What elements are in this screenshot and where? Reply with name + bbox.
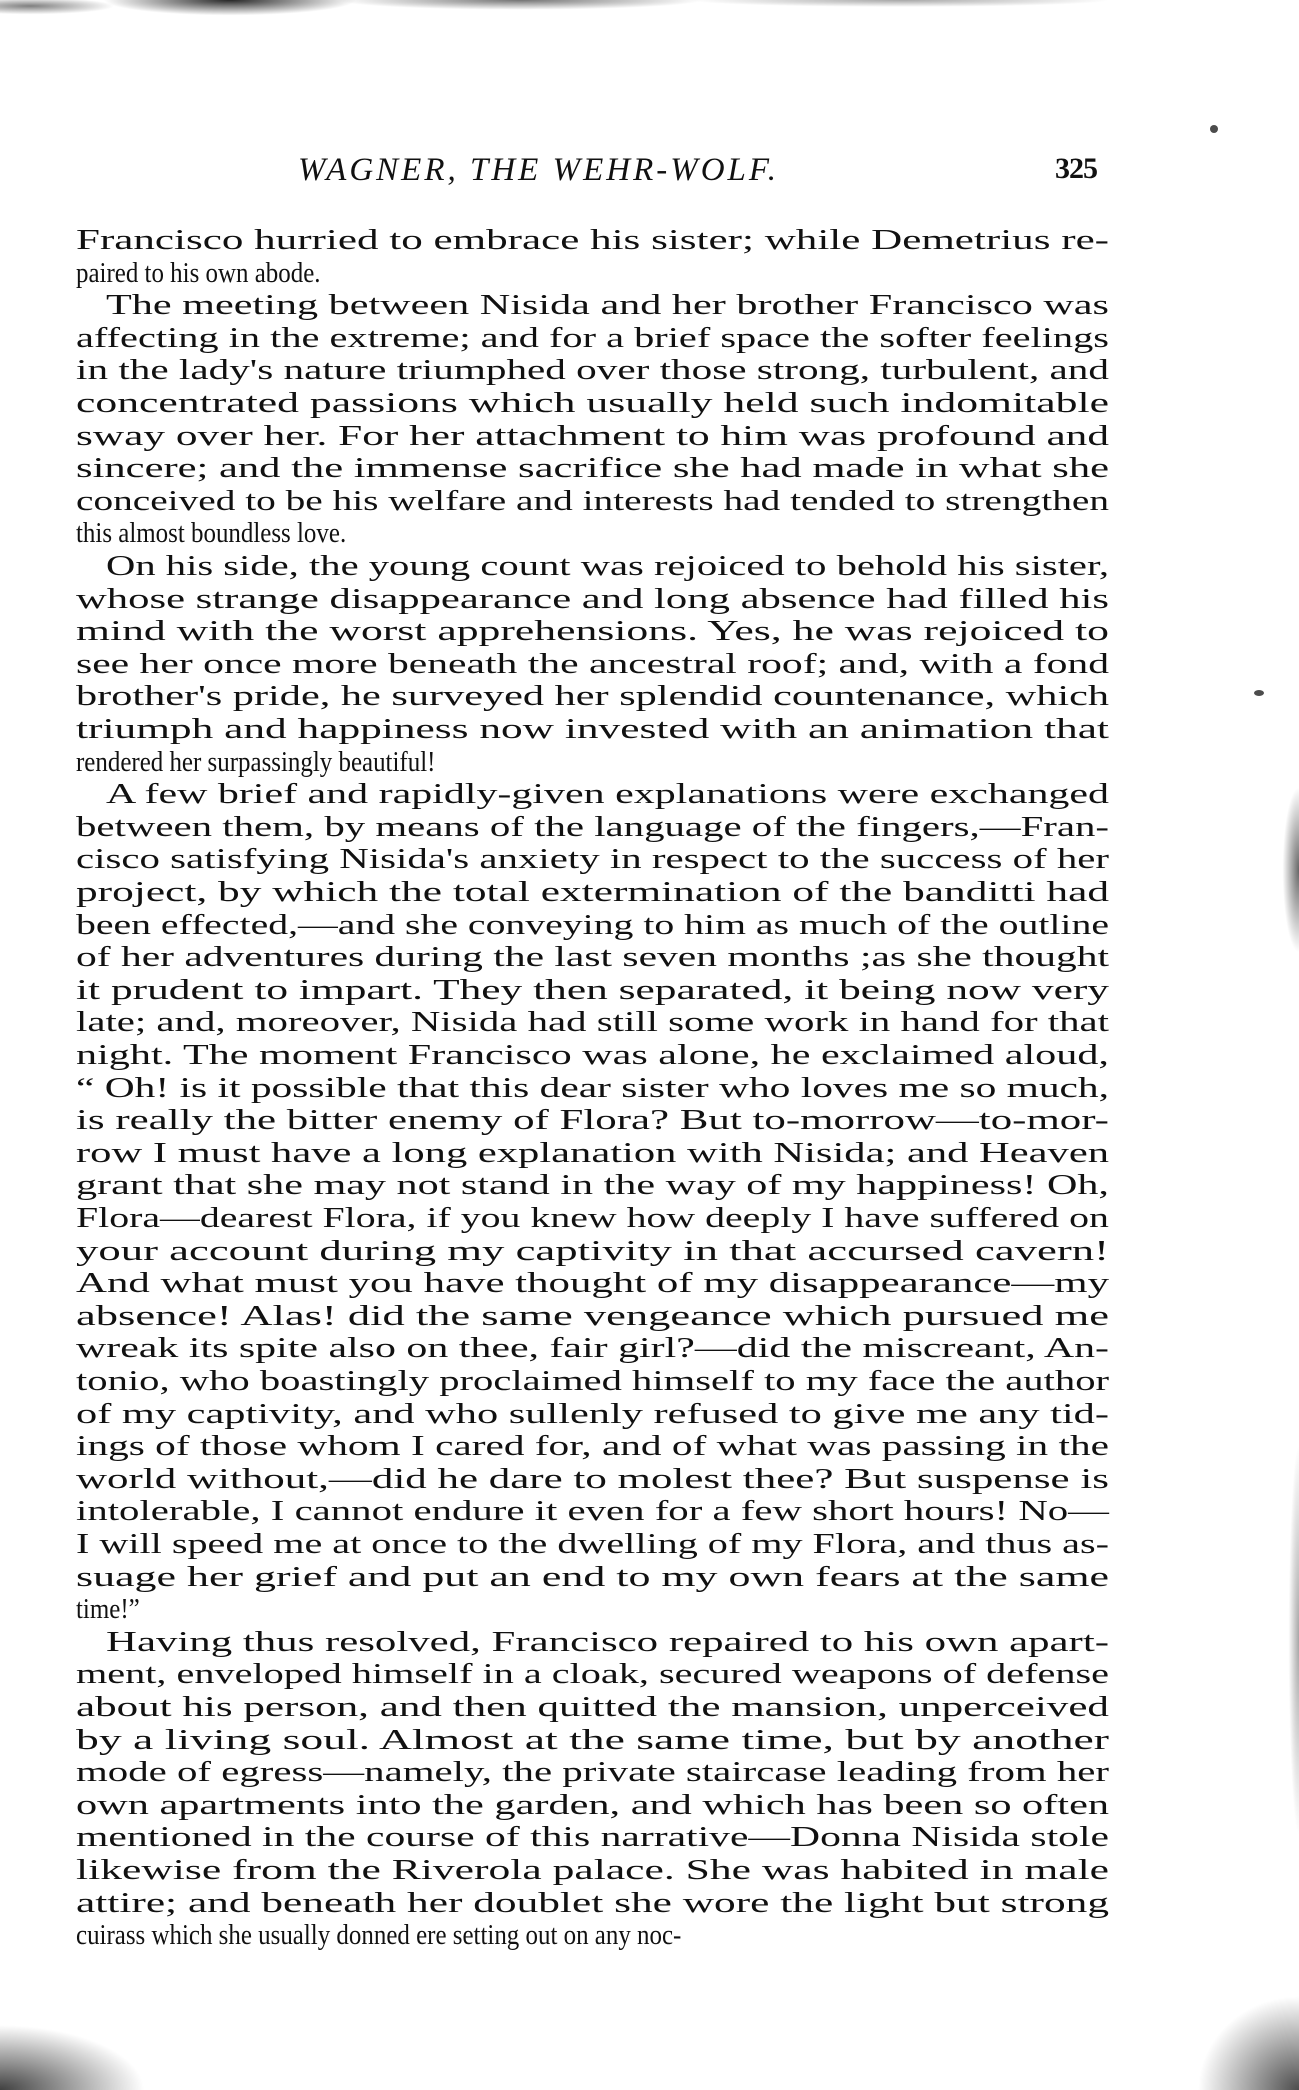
text-line: ings of those whom I cared for, and of w…: [76, 1430, 1109, 1462]
text-line: time!”: [76, 1593, 1109, 1625]
text-line: late; and, moreover, Nisida had still so…: [76, 1006, 1109, 1038]
text-line: intolerable, I cannot endure it even for…: [76, 1495, 1109, 1527]
text-line: your account during my captivity in that…: [76, 1235, 1109, 1267]
text-line: rendered her surpassingly beautiful!: [76, 746, 1109, 778]
text-line-content: project, by which the total exterminatio…: [76, 876, 1109, 908]
scan-noise-right-edge-lower: [1275, 1380, 1299, 1900]
text-line: of my captivity, and who sullenly refuse…: [76, 1398, 1109, 1430]
text-line-content: suage her grief and put an end to my own…: [76, 1561, 1109, 1593]
text-line-content: world without,—did he dare to molest the…: [76, 1463, 1109, 1495]
text-line-content: see her once more beneath the ancestral …: [76, 648, 1109, 680]
text-line: sway over her. For her attachment to him…: [76, 420, 1109, 452]
text-line: between them, by means of the language o…: [76, 811, 1109, 843]
text-line: suage her grief and put an end to my own…: [76, 1561, 1109, 1593]
text-line-content: rendered her surpassingly beautiful!: [76, 746, 435, 778]
text-line: by a living soul. Almost at the same tim…: [76, 1724, 1109, 1756]
text-line-content: your account during my captivity in that…: [76, 1235, 1109, 1267]
running-head: WAGNER, THE WEHR-WOLF. 325: [0, 152, 1299, 192]
text-line-content: likewise from the Riverola palace. She w…: [76, 1854, 1109, 1886]
text-line: night. The moment Francisco was alone, h…: [76, 1039, 1109, 1071]
text-line: of her adventures during the last seven …: [76, 941, 1109, 973]
text-line: wreak its spite also on thee, fair girl?…: [76, 1332, 1109, 1364]
scan-speck: [1254, 690, 1264, 696]
text-line: been effected,—and she conveying to him …: [76, 909, 1109, 941]
text-line: project, by which the total exterminatio…: [76, 876, 1109, 908]
text-line-content: paired to his own abode.: [76, 257, 320, 289]
running-head-title: WAGNER, THE WEHR-WOLF.: [298, 152, 890, 189]
text-line: affecting in the extreme; and for a brie…: [76, 322, 1109, 354]
text-line-content: tonio, who boastingly proclaimed himself…: [76, 1365, 1109, 1397]
text-line-content: wreak its spite also on thee, fair girl?…: [76, 1332, 1109, 1364]
text-line: I will speed me at once to the dwelling …: [76, 1528, 1109, 1560]
text-line-content: brother's pride, he surveyed her splendi…: [76, 680, 1109, 712]
scan-noise-right-edge: [1268, 760, 1299, 980]
text-line-content: mind with the worst apprehensions. Yes, …: [76, 615, 1109, 647]
text-line-content: own apartments into the garden, and whic…: [76, 1789, 1109, 1821]
text-line-content: ings of those whom I cared for, and of w…: [76, 1430, 1109, 1462]
text-line-content: triumph and happiness now invested with …: [76, 713, 1109, 745]
text-line-content: cuirass which she usually donned ere set…: [76, 1919, 681, 1951]
text-line: triumph and happiness now invested with …: [76, 713, 1109, 745]
text-line: about his person, and then quitted the m…: [76, 1691, 1109, 1723]
scan-noise-bottom-left: [0, 1990, 260, 2090]
text-line: Francisco hurried to embrace his sister;…: [76, 224, 1109, 256]
text-line-content: grant that she may not stand in the way …: [76, 1169, 1109, 1201]
text-line-content: A few brief and rapidly-given explanatio…: [106, 778, 1109, 810]
text-line: cuirass which she usually donned ere set…: [76, 1919, 1109, 1951]
text-line-content: of my captivity, and who sullenly refuse…: [76, 1398, 1109, 1430]
text-line: mentioned in the course of this narrativ…: [76, 1821, 1109, 1853]
text-line-content: row I must have a long explanation with …: [76, 1137, 1109, 1169]
text-line-content: “ Oh! is it possible that this dear sist…: [76, 1072, 1109, 1104]
text-line-content: between them, by means of the language o…: [76, 811, 1109, 843]
text-line-content: absence! Alas! did the same vengeance wh…: [76, 1300, 1109, 1332]
text-line: world without,—did he dare to molest the…: [76, 1463, 1109, 1495]
page-number: 325: [1055, 152, 1097, 186]
text-line-content: On his side, the young count was rejoice…: [106, 550, 1109, 582]
text-line: Having thus resolved, Francisco repaired…: [76, 1626, 1109, 1658]
text-line-content: in the lady's nature triumphed over thos…: [76, 354, 1109, 386]
text-line: On his side, the young count was rejoice…: [76, 550, 1109, 582]
text-line: this almost boundless love.: [76, 517, 1109, 549]
text-line: ment, enveloped himself in a cloak, secu…: [76, 1658, 1109, 1690]
text-line-content: The meeting between Nisida and her broth…: [106, 289, 1109, 321]
text-line-content: ment, enveloped himself in a cloak, secu…: [76, 1658, 1109, 1690]
text-line: brother's pride, he surveyed her splendi…: [76, 680, 1109, 712]
text-line-content: it prudent to impart. They then separate…: [76, 974, 1109, 1006]
text-line: paired to his own abode.: [76, 257, 1109, 289]
text-line-content: affecting in the extreme; and for a brie…: [76, 322, 1109, 354]
text-line-content: this almost boundless love.: [76, 517, 346, 549]
text-line: cisco satisfying Nisida's anxiety in res…: [76, 843, 1109, 875]
text-line: see her once more beneath the ancestral …: [76, 648, 1109, 680]
scan-speck: [1210, 125, 1218, 133]
text-line: it prudent to impart. They then separate…: [76, 974, 1109, 1006]
text-line-content: been effected,—and she conveying to him …: [76, 909, 1109, 941]
text-line: absence! Alas! did the same vengeance wh…: [76, 1300, 1109, 1332]
text-line-content: I will speed me at once to the dwelling …: [76, 1528, 1109, 1560]
scan-noise-bottom-right: [1150, 1960, 1299, 2090]
text-line: mind with the worst apprehensions. Yes, …: [76, 615, 1109, 647]
text-line-content: Francisco hurried to embrace his sister;…: [76, 224, 1109, 256]
text-line-content: And what must you have thought of my dis…: [76, 1267, 1109, 1299]
text-line-content: time!”: [76, 1593, 140, 1625]
text-line-content: late; and, moreover, Nisida had still so…: [76, 1006, 1109, 1038]
text-line-content: conceived to be his welfare and interest…: [76, 485, 1109, 517]
text-line: “ Oh! is it possible that this dear sist…: [76, 1072, 1109, 1104]
text-line-content: sincere; and the immense sacrifice she h…: [76, 452, 1109, 484]
text-line: mode of egress—namely, the private stair…: [76, 1756, 1109, 1788]
text-line: grant that she may not stand in the way …: [76, 1169, 1109, 1201]
text-line-content: mentioned in the course of this narrativ…: [76, 1821, 1109, 1853]
text-line: sincere; and the immense sacrifice she h…: [76, 452, 1109, 484]
scan-noise-top: [0, 0, 1299, 40]
text-line-content: cisco satisfying Nisida's anxiety in res…: [76, 843, 1109, 875]
text-line: attire; and beneath her doublet she wore…: [76, 1887, 1109, 1919]
text-line-content: night. The moment Francisco was alone, h…: [76, 1039, 1109, 1071]
text-line-content: is really the bitter enemy of Flora? But…: [76, 1104, 1109, 1136]
text-line: row I must have a long explanation with …: [76, 1137, 1109, 1169]
text-line-content: sway over her. For her attachment to him…: [76, 420, 1109, 452]
text-line: is really the bitter enemy of Flora? But…: [76, 1104, 1109, 1136]
text-line-content: concentrated passions which usually held…: [76, 387, 1109, 419]
text-line: in the lady's nature triumphed over thos…: [76, 354, 1109, 386]
book-page: WAGNER, THE WEHR-WOLF. 325 Francisco hur…: [0, 0, 1299, 2090]
text-line: likewise from the Riverola palace. She w…: [76, 1854, 1109, 1886]
text-line: tonio, who boastingly proclaimed himself…: [76, 1365, 1109, 1397]
text-line: And what must you have thought of my dis…: [76, 1267, 1109, 1299]
text-line-content: of her adventures during the last seven …: [76, 941, 1109, 973]
text-line-content: by a living soul. Almost at the same tim…: [76, 1724, 1109, 1756]
text-line: The meeting between Nisida and her broth…: [76, 289, 1109, 321]
text-line-content: about his person, and then quitted the m…: [76, 1691, 1109, 1723]
text-line: conceived to be his welfare and interest…: [76, 485, 1109, 517]
text-line: concentrated passions which usually held…: [76, 387, 1109, 419]
text-line-content: intolerable, I cannot endure it even for…: [76, 1495, 1109, 1527]
text-line-content: whose strange disappearance and long abs…: [76, 583, 1109, 615]
text-line-content: mode of egress—namely, the private stair…: [76, 1756, 1109, 1788]
text-line: A few brief and rapidly-given explanatio…: [76, 778, 1109, 810]
text-line-content: Having thus resolved, Francisco repaired…: [106, 1626, 1109, 1658]
text-line-content: Flora—dearest Flora, if you knew how dee…: [76, 1202, 1109, 1234]
text-line-content: attire; and beneath her doublet she wore…: [76, 1887, 1109, 1919]
text-line: own apartments into the garden, and whic…: [76, 1789, 1109, 1821]
text-line: whose strange disappearance and long abs…: [76, 583, 1109, 615]
text-line: Flora—dearest Flora, if you knew how dee…: [76, 1202, 1109, 1234]
